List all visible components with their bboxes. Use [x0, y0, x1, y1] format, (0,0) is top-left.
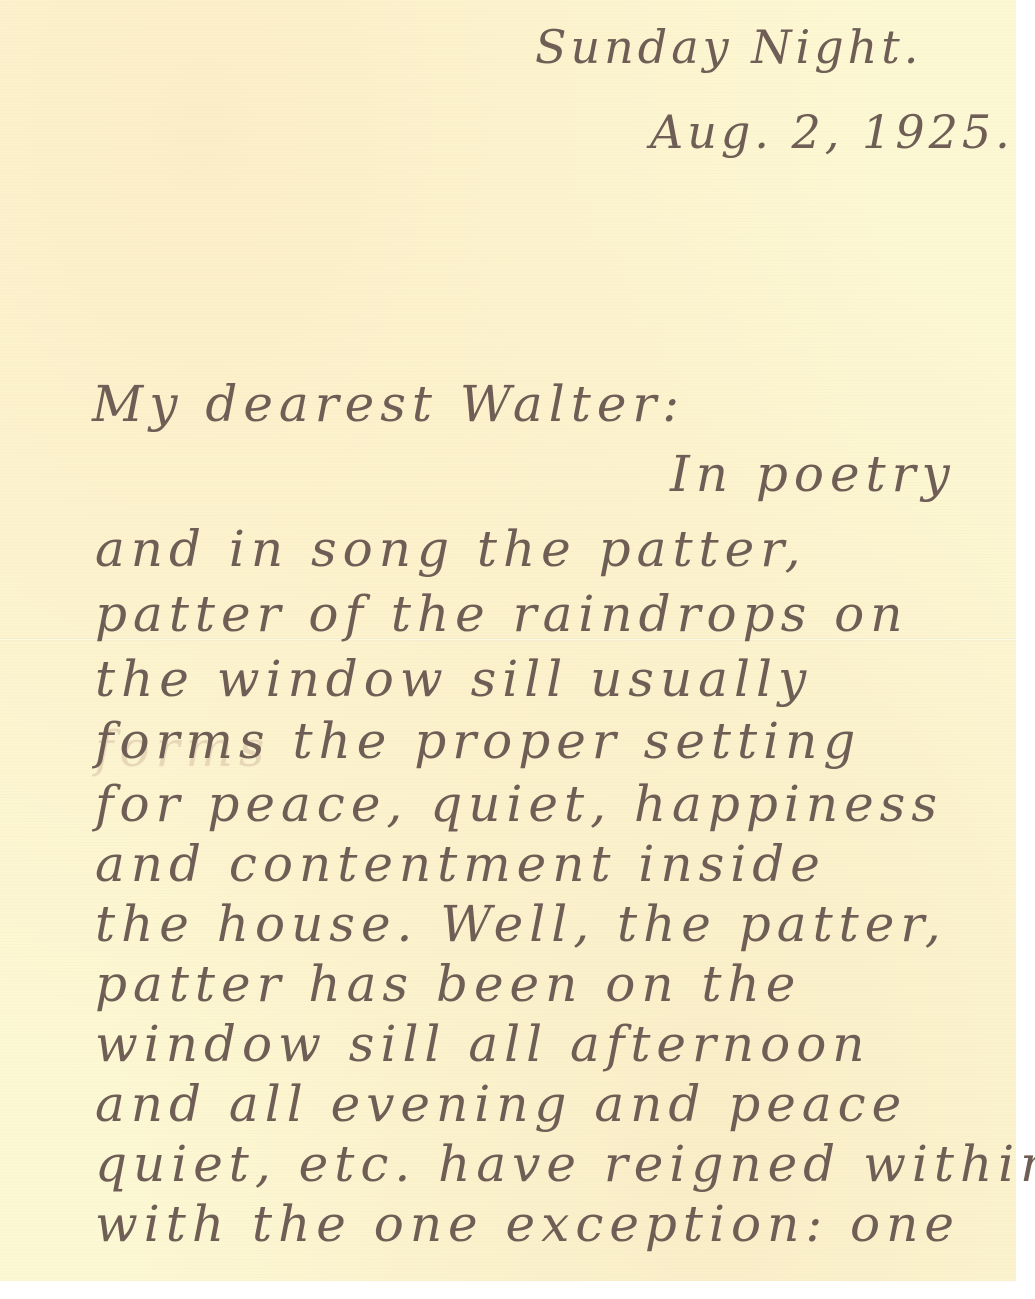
- letter-day: Sunday Night.: [535, 20, 922, 74]
- letter-line-11: and all evening and peace: [95, 1075, 907, 1133]
- letter-line-8: the house. Well, the patter,: [95, 895, 947, 953]
- letter-page: Sunday Night. Aug. 2, 1925. My dearest W…: [0, 0, 1016, 1281]
- letter-line-12: quiet, etc. have reigned within: [95, 1135, 1035, 1193]
- letter-line-6: for peace, quiet, happiness: [95, 775, 943, 833]
- letter-line-9: patter has been on the: [95, 955, 801, 1013]
- letter-line-1: In poetry: [670, 445, 956, 503]
- letter-line-13: with the one exception: one: [95, 1195, 960, 1253]
- letter-line-4: the window sill usually: [95, 650, 812, 708]
- letter-salutation: My dearest Walter:: [92, 375, 685, 433]
- letter-date: Aug. 2, 1925.: [650, 105, 1014, 159]
- letter-line-2: and in song the patter,: [95, 520, 807, 578]
- letter-line-10: window sill all afternoon: [95, 1015, 871, 1073]
- letter-line-5: forms the proper setting: [95, 712, 861, 770]
- letter-line-7: and contentment inside: [95, 835, 826, 893]
- letter-line-3: patter of the raindrops on: [95, 585, 908, 643]
